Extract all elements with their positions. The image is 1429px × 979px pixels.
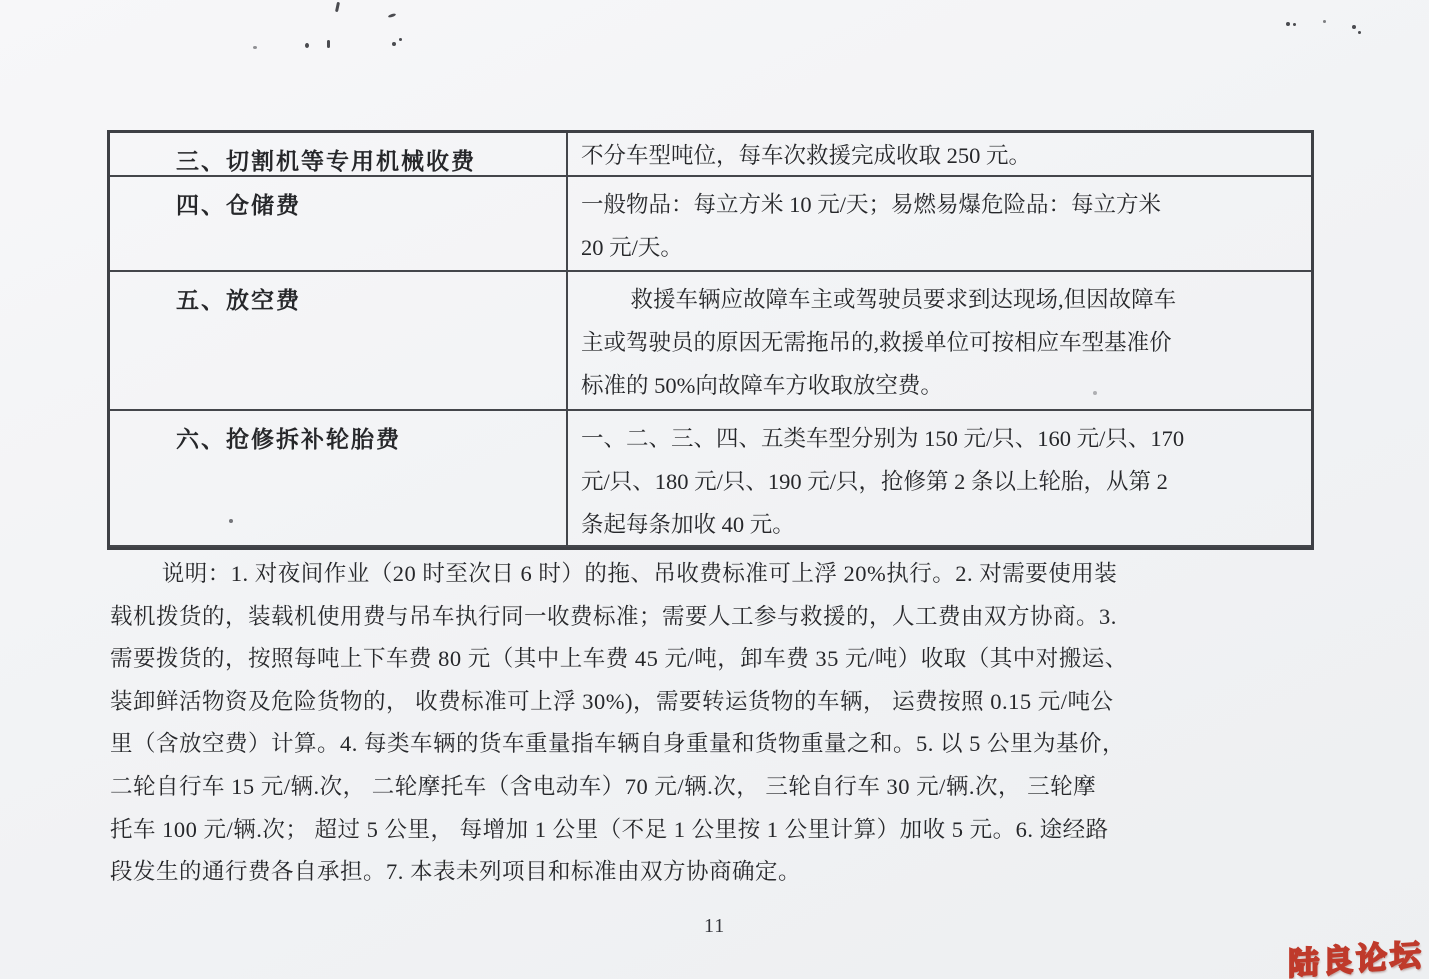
- scan-speck: [335, 2, 340, 12]
- note-line: 二轮自行车 15 元/辆.次， 二轮摩托车（含电动车）70 元/辆.次， 三轮自…: [110, 766, 1315, 809]
- fee-row-tire-repair-detail: 一、二、三、四、五类车型分别为 150 元/只、160 元/只、170 元/只、…: [568, 411, 1311, 547]
- fee-detail-line: 不分车型吨位，每车次救援完成收取 250 元。: [581, 134, 1031, 177]
- scan-speck: [253, 46, 257, 49]
- fee-row-empty-run-label: 五、放空费: [110, 272, 568, 411]
- note-line: 段发生的通行费各自承担。7. 本表未列项目和标准由双方协商确定。: [110, 851, 1315, 894]
- fee-detail-line: 标准的 50%向故障车方收取放空费。: [581, 364, 1299, 407]
- scan-speck: [388, 13, 397, 18]
- fee-row-storage-detail: 一般物品：每立方米 10 元/天；易燃易爆危险品：每立方米 20 元/天。: [568, 177, 1311, 272]
- forum-watermark: 陆良论坛: [1288, 929, 1424, 979]
- fee-row-empty-run-detail: 救援车辆应故障车主或驾驶员要求到达现场,但因故障车 主或驾驶员的原因无需拖吊的,…: [568, 272, 1311, 411]
- scan-speck: [399, 38, 402, 41]
- fee-row-cutting-machine-label: 三、切割机等专用机械收费: [110, 133, 568, 177]
- fee-row-storage-label: 四、仓储费: [110, 177, 568, 272]
- scan-speck: [1352, 25, 1356, 29]
- fee-item-name: 六、抢修拆补轮胎费: [176, 411, 401, 454]
- fee-item-name: 五、放空费: [176, 272, 301, 315]
- fee-detail-line: 元/只、180 元/只、190 元/只，抢修第 2 条以上轮胎，从第 2: [581, 460, 1299, 503]
- scan-speck: [392, 42, 396, 46]
- note-line: 载机拨货的，装载机使用费与吊车执行同一收费标准；需要人工参与救援的，人工费由双方…: [110, 596, 1315, 639]
- fee-detail-line: 20 元/天。: [581, 226, 1299, 269]
- note-line: 说明：1. 对夜间作业（20 时至次日 6 时）的拖、吊收费标准可上浮 20%执…: [110, 553, 1315, 596]
- fee-detail-line: 一般物品：每立方米 10 元/天；易燃易爆危险品：每立方米: [581, 183, 1299, 226]
- note-line: 里（含放空费）计算。4. 每类车辆的货车重量指车辆自身重量和货物重量之和。5. …: [110, 723, 1315, 766]
- scan-speck: [1293, 23, 1296, 26]
- notes-paragraph: 说明：1. 对夜间作业（20 时至次日 6 时）的拖、吊收费标准可上浮 20%执…: [110, 553, 1315, 894]
- fee-detail-line: 救援车辆应故障车主或驾驶员要求到达现场,但因故障车: [581, 278, 1299, 321]
- note-line: 装卸鲜活物资及危险货物的， 收费标准可上浮 30%)，需要转运货物的车辆， 运费…: [110, 681, 1315, 724]
- fee-detail-line: 一、二、三、四、五类车型分别为 150 元/只、160 元/只、170: [581, 417, 1299, 460]
- fee-item-name: 四、仓储费: [176, 177, 301, 220]
- scan-speck: [305, 43, 309, 48]
- fee-detail-line: 主或驾驶员的原因无需拖吊的,救援单位可按相应车型基准价: [581, 321, 1299, 364]
- note-line: 托车 100 元/辆.次； 超过 5 公里， 每增加 1 公里（不足 1 公里按…: [110, 809, 1315, 852]
- fee-row-cutting-machine-detail: 不分车型吨位，每车次救援完成收取 250 元。: [568, 133, 1311, 177]
- scan-speck: [1358, 31, 1361, 34]
- scanned-document-page: 三、切割机等专用机械收费 不分车型吨位，每车次救援完成收取 250 元。 四、仓…: [0, 0, 1429, 979]
- page-number: 11: [704, 915, 725, 938]
- scan-speck: [327, 40, 330, 48]
- fee-row-tire-repair-label: 六、抢修拆补轮胎费: [110, 411, 568, 547]
- fee-table: 三、切割机等专用机械收费 不分车型吨位，每车次救援完成收取 250 元。 四、仓…: [107, 130, 1314, 550]
- fee-item-name: 三、切割机等专用机械收费: [176, 133, 476, 176]
- scan-speck: [1323, 20, 1326, 23]
- fee-detail-line: 条起每条加收 40 元。: [581, 503, 1299, 546]
- note-line: 需要拨货的，按照每吨上下车费 80 元（其中上车费 45 元/吨，卸车费 35 …: [110, 638, 1315, 681]
- scan-speck: [1286, 22, 1290, 26]
